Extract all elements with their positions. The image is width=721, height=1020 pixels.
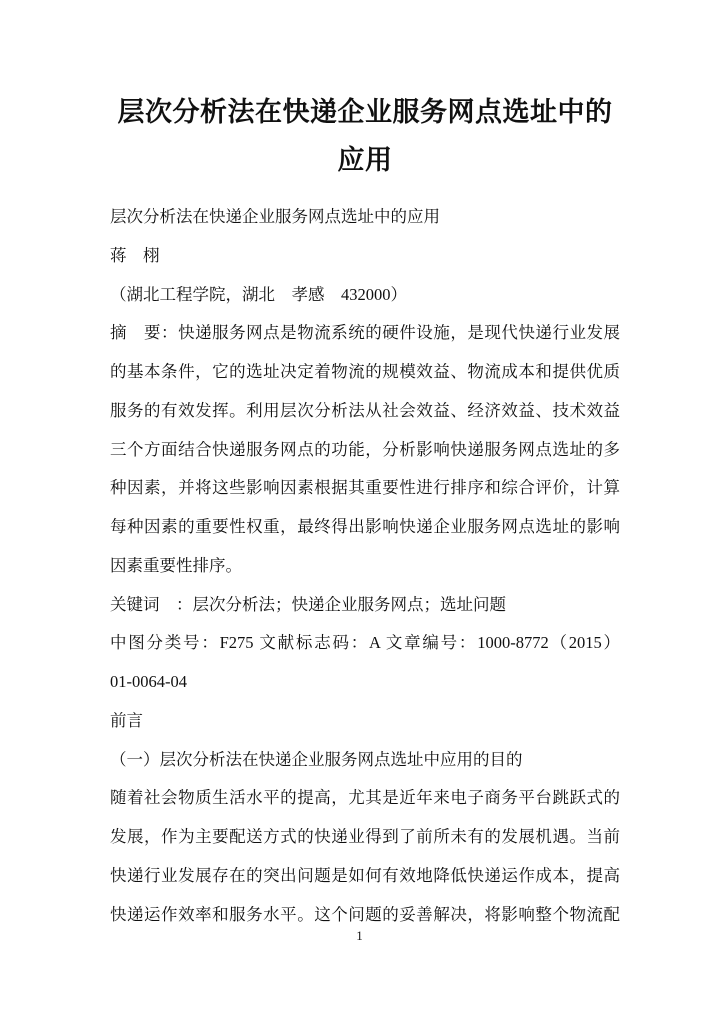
body-line-abstract-7: 因素重要性排序。 (110, 547, 620, 586)
page-number: 1 (0, 926, 719, 946)
body-line-abstract-2: 的基本条件，它的选址决定着物流的规模效益、物流成本和提供优质 (110, 353, 620, 392)
title-line-2: 应用 (110, 136, 620, 184)
body-line-abstract-4: 三个方面结合快递服务网点的功能，分析影响快递服务网点选址的多 (110, 431, 620, 470)
body-line-abstract-6: 每种因素的重要性权重，最终得出影响快递企业服务网点选址的影响 (110, 508, 620, 547)
body-line-abstract-3: 服务的有效发挥。利用层次分析法从社会效益、经济效益、技术效益 (110, 392, 620, 431)
body-line-para-1: 随着社会物质生活水平的提高，尤其是近年来电子商务平台跳跃式的 (110, 779, 620, 818)
body-line-title-repeat: 层次分析法在快递企业服务网点选址中的应用 (110, 198, 620, 237)
body-line-author: 蒋 栩 (110, 237, 620, 276)
body-line-clc-number: 中图分类号：F275 文献标志码：A 文章编号：1000-8772（2015） (110, 624, 620, 663)
body-line-section-1: （一）层次分析法在快递企业服务网点选址中应用的目的 (110, 741, 620, 780)
body-line-abstract-1: 摘 要：快递服务网点是物流系统的硬件设施，是现代快递行业发展 (110, 314, 620, 353)
body-line-abstract-5: 种因素，并将这些影响因素根据其重要性进行排序和综合评价，计算 (110, 469, 620, 508)
body-line-foreword: 前言 (110, 702, 620, 741)
body-line-para-2: 发展，作为主要配送方式的快递业得到了前所未有的发展机遇。当前 (110, 818, 620, 857)
body-line-para-3: 快递行业发展存在的突出问题是如何有效地降低快递运作成本，提高 (110, 857, 620, 896)
document-body: 层次分析法在快递企业服务网点选址中的应用 蒋 栩 （湖北工程学院，湖北 孝感 4… (110, 198, 620, 934)
body-line-keywords: 关键词 ：层次分析法；快递企业服务网点；选址问题 (110, 586, 620, 625)
body-line-article-id: 01-0064-04 (110, 663, 620, 702)
body-line-affiliation: （湖北工程学院，湖北 孝感 432000） (110, 276, 620, 315)
document-title: 层次分析法在快递企业服务网点选址中的 应用 (110, 88, 620, 184)
document-page: 层次分析法在快递企业服务网点选址中的 应用 层次分析法在快递企业服务网点选址中的… (0, 0, 721, 1020)
title-line-1: 层次分析法在快递企业服务网点选址中的 (110, 88, 620, 136)
